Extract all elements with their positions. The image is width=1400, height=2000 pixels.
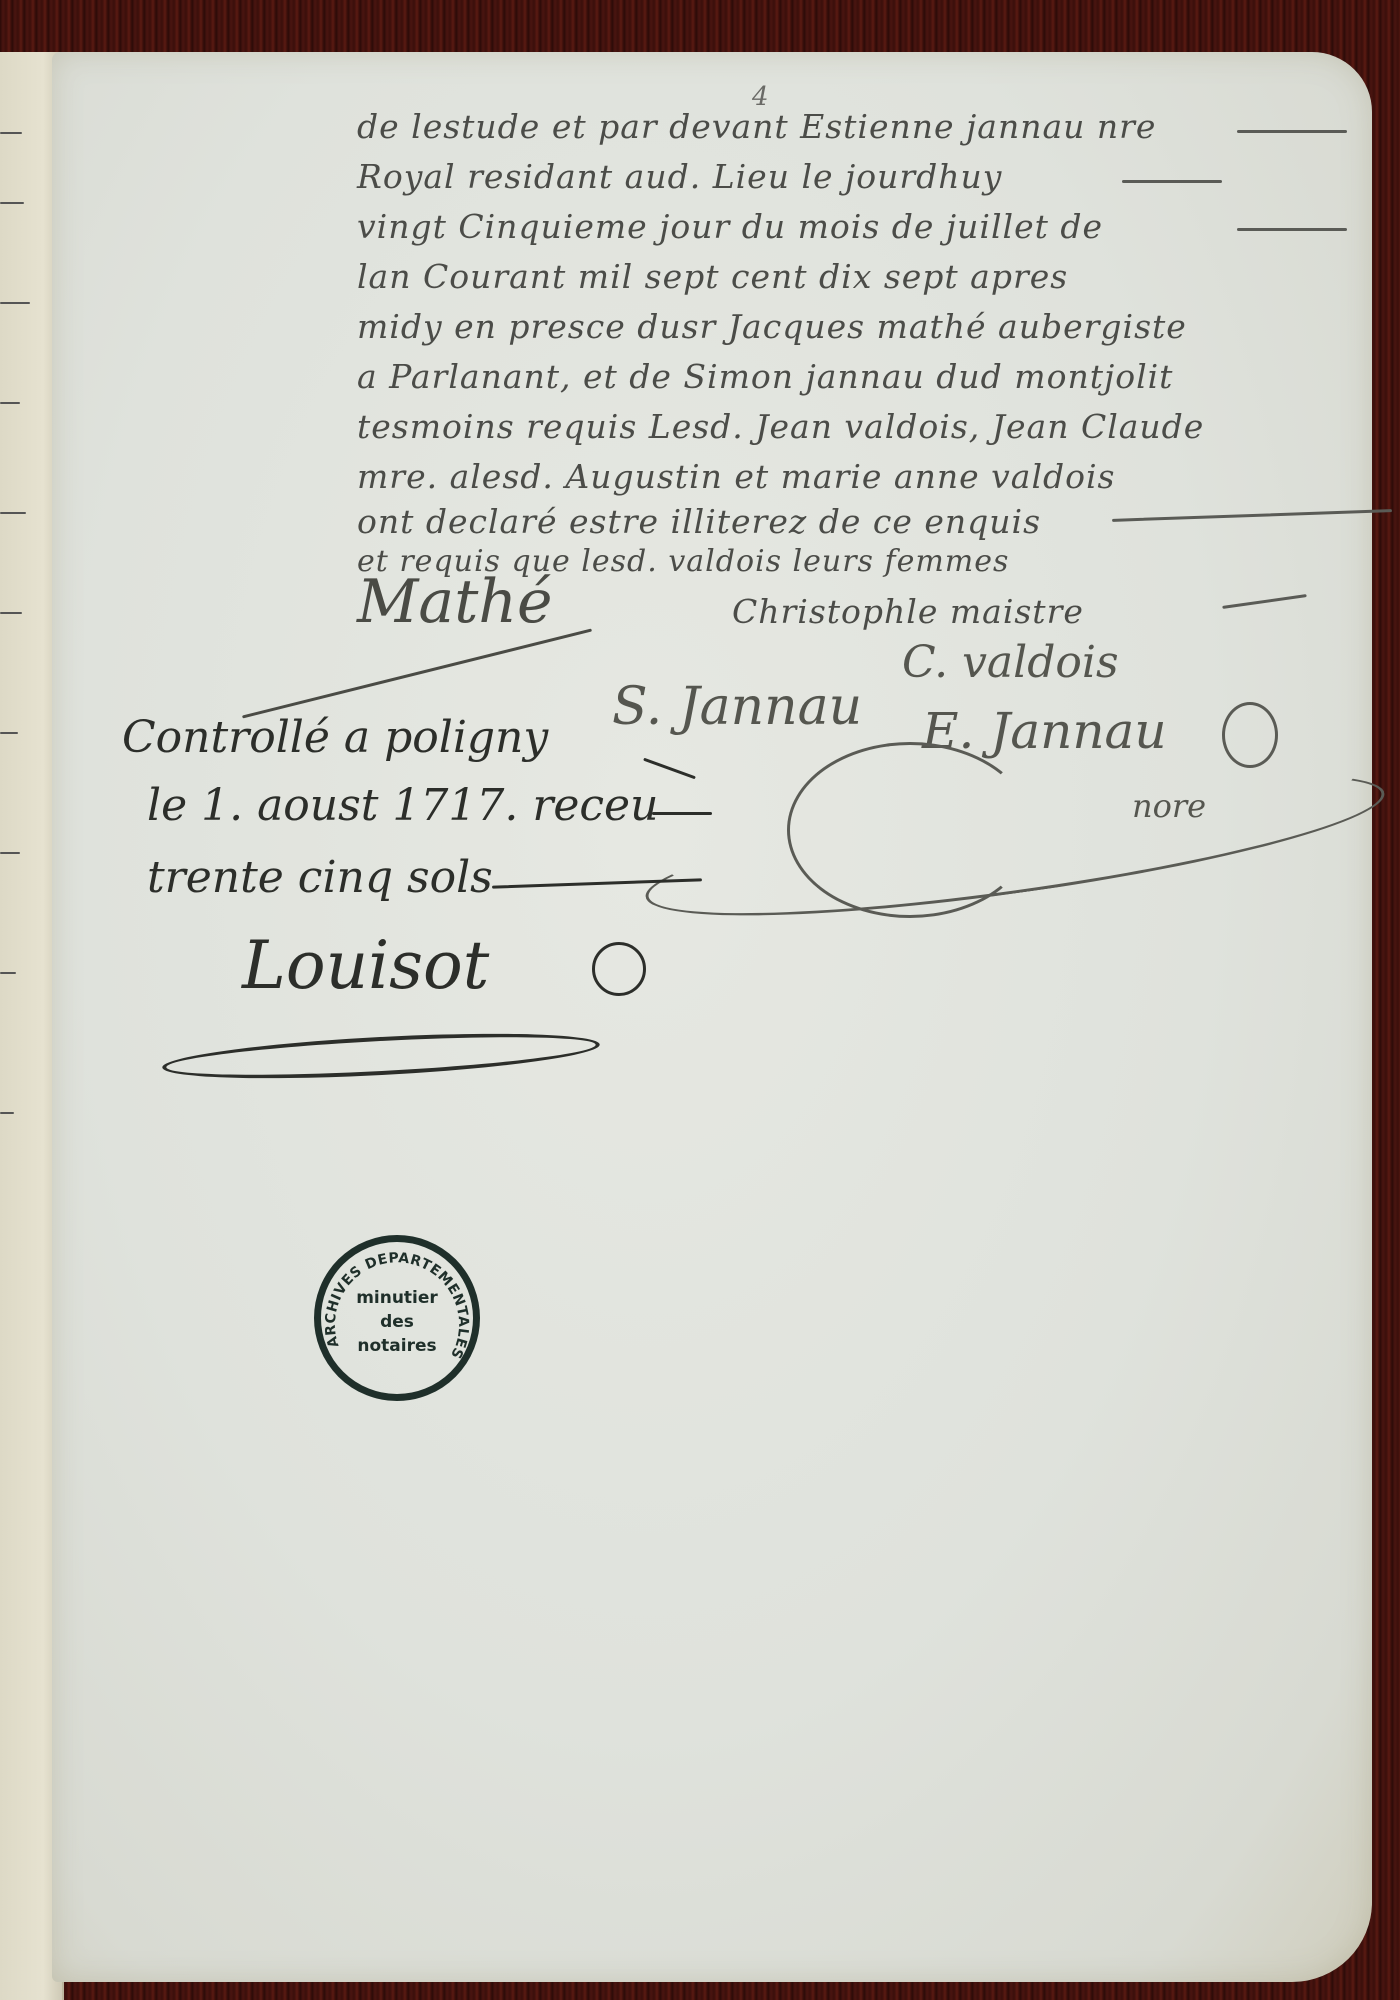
ink-mark: [0, 612, 22, 614]
ink-mark: [0, 852, 20, 854]
body-line: midy en presce dusr Jacques mathé auberg…: [357, 307, 1187, 346]
line-filler-dash: [1112, 509, 1392, 522]
control-line: trente cinq sols: [147, 852, 493, 903]
body-line: a Parlanant, et de Simon jannau dud mont…: [357, 357, 1173, 396]
notary-paraph-icon: [1222, 702, 1278, 768]
body-line: mre. alesd. Augustin et marie anne valdo…: [357, 457, 1115, 496]
ink-mark: [0, 512, 26, 514]
body-line: de lestude et par devant Estienne jannau…: [357, 107, 1156, 146]
ink-mark: [0, 972, 16, 974]
line-filler-dash: [1122, 180, 1222, 183]
louisot-flourish: [161, 1026, 600, 1087]
stamp-center-line: des: [321, 1312, 473, 1332]
ink-mark: [0, 402, 20, 404]
ink-mark: [0, 202, 24, 204]
signature-mathe: Mathé: [357, 567, 552, 637]
notary-loop: [787, 742, 1033, 918]
stamp-center-line: notaires: [321, 1336, 473, 1356]
signature-c-valdois: C. valdois: [902, 637, 1119, 688]
line-filler-dash: [643, 758, 696, 780]
body-line: Christophle maistre: [732, 592, 1084, 631]
ink-mark: [0, 1112, 14, 1114]
ink-mark: [0, 732, 18, 734]
louisot-paraph-icon: [592, 942, 646, 996]
line-filler-dash: [652, 812, 712, 815]
signature-louisot: Louisot: [242, 927, 489, 1004]
body-line: tesmoins requis Lesd. Jean valdois, Jean…: [357, 407, 1204, 446]
signature-s-jannau: S. Jannau: [612, 677, 862, 737]
line-filler-dash: [1237, 130, 1347, 133]
line-filler-dash: [1237, 228, 1347, 231]
line-filler-dash: [1222, 594, 1307, 609]
stamp-center-line: minutier: [321, 1288, 473, 1308]
body-line: Royal residant aud. Lieu le jourdhuy: [357, 157, 1002, 196]
signature-flourish: [242, 628, 592, 718]
body-line: vingt Cinquieme jour du mois de juillet …: [357, 207, 1103, 246]
control-line: Controllé a poligny: [122, 712, 548, 763]
ink-mark: [0, 132, 22, 134]
manuscript-page: 4 de lestude et par devant Estienne jann…: [52, 52, 1372, 1982]
control-line: le 1. aoust 1717. receu: [147, 780, 658, 831]
ink-mark: [0, 302, 30, 304]
body-line: ont declaré estre illiterez de ce enquis: [357, 502, 1041, 541]
body-line: lan Courant mil sept cent dix sept apres: [357, 257, 1068, 296]
archive-stamp: ARCHIVES DEPARTEMENTALES DU JURA minutie…: [314, 1235, 480, 1401]
